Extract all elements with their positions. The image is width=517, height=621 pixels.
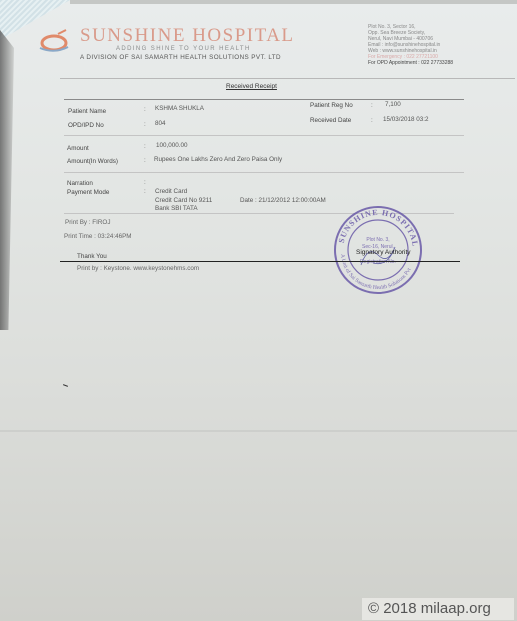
colon: : <box>144 106 146 113</box>
thank-you: Thank You <box>77 253 107 260</box>
print-by: Print By : FIROJ <box>65 219 110 226</box>
watermark: © 2018 milaap.org <box>362 598 514 620</box>
svg-text:Registration No.: Registration No. <box>360 259 396 265</box>
print-time: Print Time : 03:24:46PM <box>64 233 132 240</box>
hospital-address: Plot No. 3, Sector 16, Opp. Sea Breeze S… <box>368 24 453 66</box>
divider <box>64 99 464 100</box>
patient-name-value: KSHMA SHUKLA <box>155 105 204 112</box>
printed-by: Print by : Keystone. www.keystonehms.com <box>77 265 199 272</box>
paper-top-edge <box>70 0 517 4</box>
colon: : <box>144 121 146 128</box>
received-date-value: 15/03/2018 03:2 <box>383 116 429 123</box>
divider <box>60 78 515 79</box>
receipt-title: Received Receipt <box>226 83 277 90</box>
paper-fold <box>0 430 517 432</box>
address-opd: For OPD Appointment : 022 27733288 <box>368 60 453 66</box>
card-no-value: Credit Card No 9211 <box>155 197 212 204</box>
divider <box>64 172 464 173</box>
payment-mode-label: Payment Mode <box>67 189 109 196</box>
colon: : <box>144 188 146 195</box>
footer-divider <box>60 261 460 262</box>
amount-words-label: Amount(In Words) <box>67 158 118 165</box>
reg-no-label: Patient Reg No <box>310 102 353 109</box>
receipt-paper: SUNSHINE HOSPITAL ADDING SHINE TO YOUR H… <box>0 0 517 621</box>
paper-speck <box>63 384 68 387</box>
payment-mode-value: Credit Card <box>155 188 187 195</box>
card-date-value: Date : 21/12/2012 12:00:00AM <box>240 197 326 204</box>
sun-swirl-logo-icon <box>34 28 74 54</box>
opd-ipd-value: 804 <box>155 120 166 127</box>
patient-name-label: Patient Name <box>68 108 106 115</box>
signatory-authority: Signatory Authority <box>356 249 411 256</box>
reg-no-value: 7,100 <box>385 101 401 108</box>
hospital-tagline: ADDING SHINE TO YOUR HEALTH <box>116 46 251 52</box>
colon: : <box>144 143 146 150</box>
amount-value: 100,000.00 <box>156 142 188 149</box>
svg-text:Plot No. 3,: Plot No. 3, <box>366 237 389 243</box>
colon: : <box>371 117 373 124</box>
bank-value: Bank SBI TATA <box>155 205 198 212</box>
colon: : <box>144 157 146 164</box>
divider <box>64 135 464 136</box>
amount-label: Amount <box>67 145 89 152</box>
hospital-name: SUNSHINE HOSPITAL <box>80 25 295 47</box>
colon: : <box>144 179 146 186</box>
narration-label: Narration <box>67 180 93 187</box>
left-shadow <box>0 30 14 330</box>
hospital-division: A DIVISION OF SAI SAMARTH HEALTH SOLUTIO… <box>80 54 281 61</box>
received-date-label: Received Date <box>310 117 351 124</box>
opd-ipd-label: OPD/IPD No <box>68 122 104 129</box>
colon: : <box>371 102 373 109</box>
amount-words-value: Rupees One Lakhs Zero And Zero Paisa Onl… <box>154 156 282 163</box>
